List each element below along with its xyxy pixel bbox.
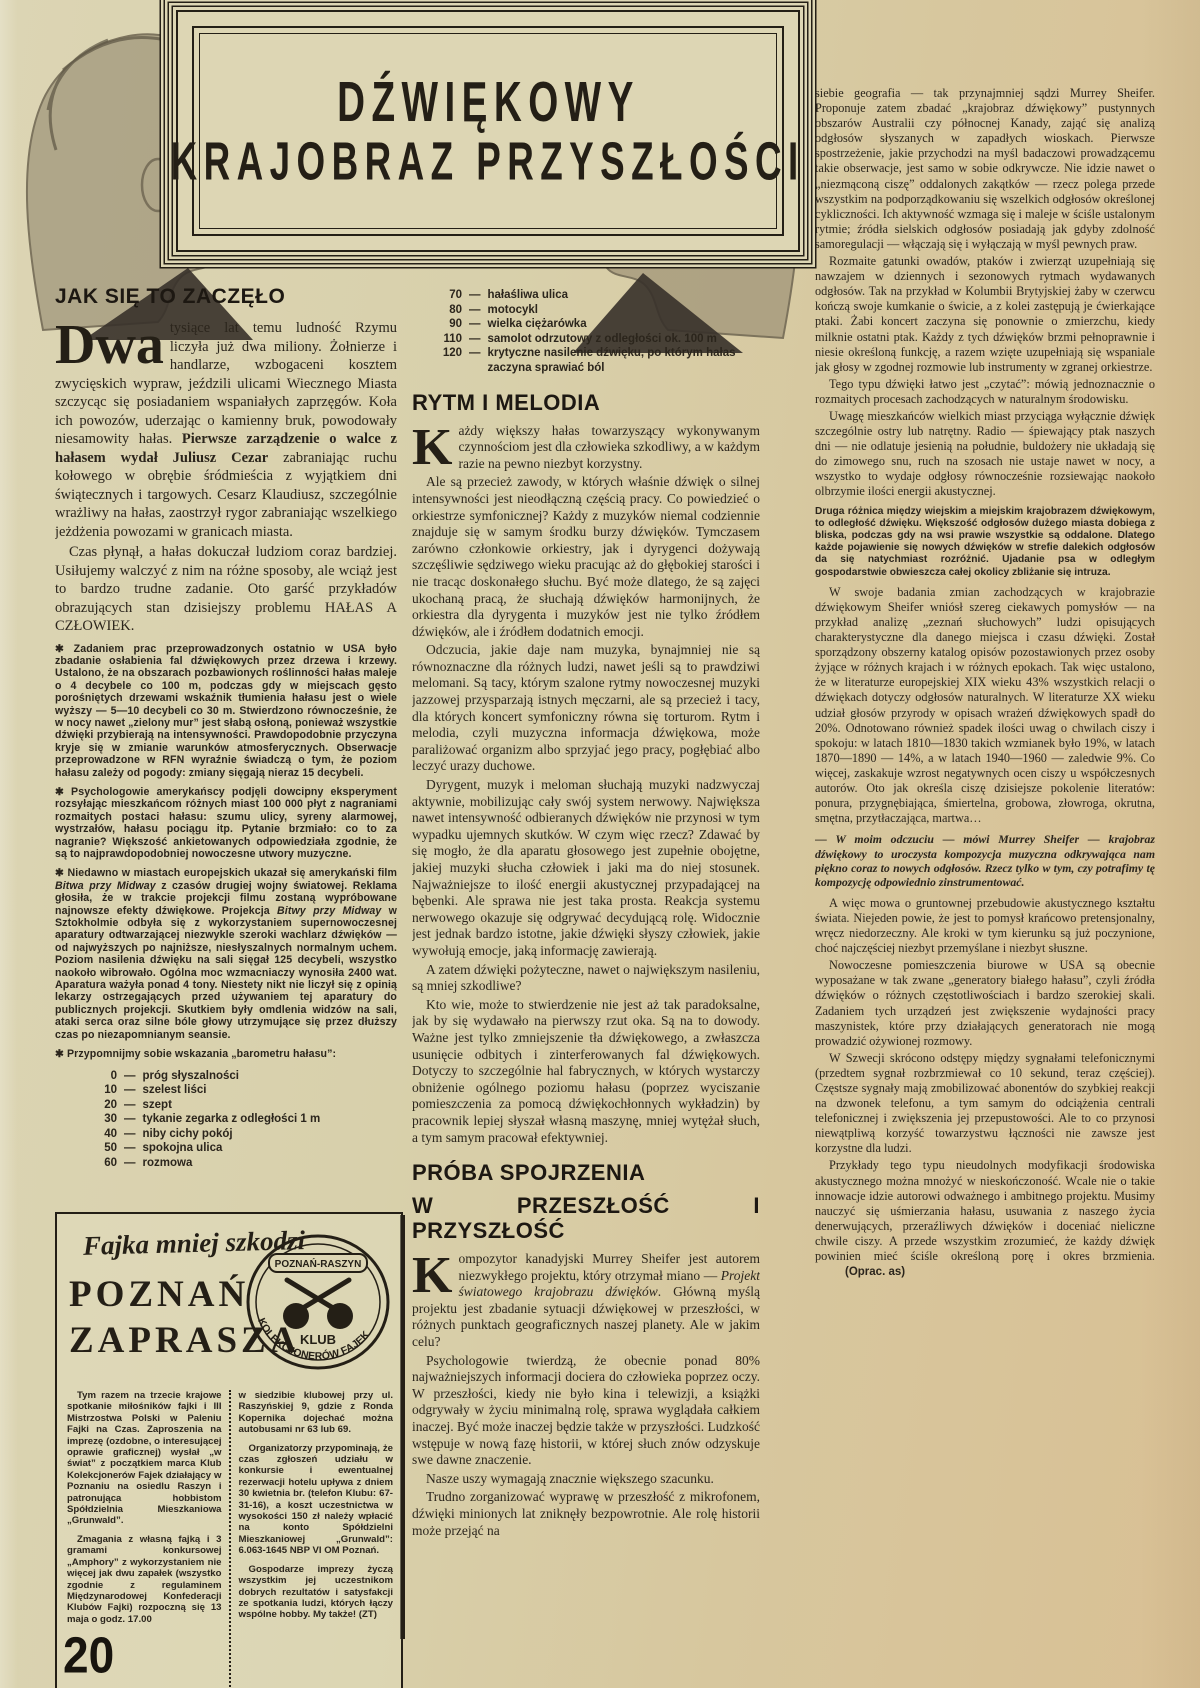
fact-item: ✱ Niedawno w miastach europejskich ukaza… <box>55 867 397 1041</box>
paragraph: Odczucia, jakie daje nam muzyka, bynajmn… <box>412 642 760 775</box>
poznan-zaprasza-box: Fajka mniej szkodzi POZNAŃ-RASZYN KLUB K… <box>55 1212 403 1688</box>
paragraph: Organizatorzy przypominają, że czas zgło… <box>239 1443 394 1557</box>
paragraph: Uwagę mieszkańców wielkich miast przycią… <box>815 409 1155 500</box>
logo-klub-text: KLUB <box>300 1332 336 1347</box>
list-item: 70—hałaśliwa ulica <box>434 288 760 303</box>
sidebar-note: Druga różnica między wiejskim a miejskim… <box>815 506 1155 579</box>
drop-cap-k2: K <box>412 1255 452 1297</box>
paragraph: siebie geografia — tak przynajmniej sądz… <box>815 86 1155 252</box>
column-middle: 70—hałaśliwa ulica 80—motocykl 90—wielka… <box>412 288 760 1632</box>
paragraph: Nowoczesne pomieszczenia biurowe w USA s… <box>815 958 1155 1049</box>
box-title-line2: ZAPRASZA <box>69 1318 300 1364</box>
pipe-bowl-icon <box>327 1303 353 1329</box>
page-title-line2: KRAJOBRAZ PRZYSZŁOŚCI <box>171 132 805 193</box>
paragraph: W swoje badania zmian zachodzących w kra… <box>815 585 1155 827</box>
section-heading-jak-sie-to-zaczelo: JAK SIĘ TO ZACZĘŁO <box>55 284 397 309</box>
drop-cap-k: K <box>412 427 452 469</box>
magazine-page: DŹWIĘKOWY KRAJOBRAZ PRZYSZŁOŚCI JAK SIĘ … <box>0 0 1200 1688</box>
paragraph: Dwatysiące lat temu ludność Rzymu liczył… <box>55 319 397 541</box>
paragraph: Kto wie, może to stwierdzenie nie jest a… <box>412 997 760 1146</box>
list-item: 30—tykanie zegarka z odległości 1 m <box>89 1112 397 1127</box>
fact-item: ✱ Psychologowie amerykańscy podjęli dowc… <box>55 786 397 860</box>
paragraph: Ale są przecież zawody, w których właśni… <box>412 474 760 640</box>
list-item: 80—motocykl <box>434 303 760 318</box>
masthead-title-box: DŹWIĘKOWY KRAJOBRAZ PRZYSZŁOŚCI <box>176 10 800 252</box>
paragraph: Zmagania z własną fajką i 3 gramami konk… <box>67 1534 222 1625</box>
column-left: JAK SIĘ TO ZACZĘŁO Dwatysiące lat temu l… <box>55 284 397 1210</box>
quote-paragraph: — W moim odczuciu — mówi Murrey Sheifer … <box>815 832 1155 890</box>
paragraph: Gospodarze imprezy życzą wszystkim jej u… <box>239 1564 394 1621</box>
list-item: 0—próg słyszalności <box>89 1069 397 1084</box>
list-item: 40—niby cichy pokój <box>89 1127 397 1142</box>
list-item: 60—rozmowa <box>89 1156 397 1171</box>
section-heading-rytm-i-melodia: RYTM I MELODIA <box>412 390 760 415</box>
page-number: 20 <box>63 1625 114 1684</box>
box-title: POZNAŃ ZAPRASZA <box>69 1272 300 1364</box>
svg-text:POZNAŃ-RASZYN: POZNAŃ-RASZYN <box>275 1257 362 1270</box>
masthead-inner-frame: DŹWIĘKOWY KRAJOBRAZ PRZYSZŁOŚCI <box>192 26 784 236</box>
paragraph: Psychologowie twierdzą, że obecnie ponad… <box>412 1353 760 1469</box>
list-item: 10—szelest liści <box>89 1083 397 1098</box>
section-heading-proba-spojrzenia-line2: W PRZESZŁOŚĆ I PRZYSZŁOŚĆ <box>412 1193 760 1243</box>
paragraph: Dyrygent, muzyk i meloman słuchają muzyk… <box>412 777 760 960</box>
paragraph: W Szwecji skrócono odstępy między sygnał… <box>815 1051 1155 1157</box>
paragraph: Każdy większy hałas towarzyszący wykonyw… <box>412 423 760 473</box>
paragraph: Trudno zorganizować wyprawę w przeszłość… <box>412 1489 760 1539</box>
box-title-line1: POZNAŃ <box>69 1272 300 1318</box>
paragraph: Przykłady tego typu nieudolnych modyfika… <box>815 1158 1155 1280</box>
noise-barometer-list: 0—próg słyszalności 10—szelest liści 20—… <box>55 1069 397 1171</box>
paragraph: A zatem dźwięki pożyteczne, nawet o najw… <box>412 962 760 995</box>
list-item: 120—krytyczne nasilenie dźwięku, po któr… <box>434 346 760 375</box>
paragraph: Czas płynął, a hałas dokuczał ludziom co… <box>55 543 397 636</box>
list-item: 20—szept <box>89 1098 397 1113</box>
paragraph: Kompozytor kanadyjski Murrey Sheifer jes… <box>412 1251 760 1351</box>
fact-item: ✱ Zadaniem prac przeprowadzonych ostatni… <box>55 643 397 779</box>
list-item: 50—spokojna ulica <box>89 1141 397 1156</box>
paragraph: A więc mowa o gruntownej przebudowie aku… <box>815 896 1155 956</box>
column-right: siebie geografia — tak przynajmniej sądz… <box>815 86 1155 1662</box>
list-item: 110—samolot odrzutowy z odległości ok. 1… <box>434 332 760 347</box>
paragraph: Tego typu dźwięki łatwo jest „czytać”: m… <box>815 377 1155 407</box>
drop-cap-dwa: Dwa <box>55 323 164 367</box>
paragraph: Nasze uszy wymagają znacznie większego s… <box>412 1471 760 1488</box>
section-heading-proba-spojrzenia: PRÓBA SPOJRZENIA <box>412 1160 760 1185</box>
box-text-columns: Tym razem na trzecie krajowe spotkanie m… <box>67 1390 393 1688</box>
paragraph: w siedzibie klubowej przy ul. Raszyńskie… <box>239 1390 394 1436</box>
fact-item: ✱ Przypomnijmy sobie wskazania „barometr… <box>55 1048 397 1060</box>
list-item: 90—wielka ciężarówka <box>434 317 760 332</box>
paragraph: Rozmaite gatunki owadów, ptaków i zwierz… <box>815 254 1155 375</box>
byline: (Oprac. as) <box>845 1266 905 1278</box>
paragraph: Tym razem na trzecie krajowe spotkanie m… <box>67 1390 222 1527</box>
page-title-line1: DŹWIĘKOWY <box>337 69 640 134</box>
noise-barometer-list-continued: 70—hałaśliwa ulica 80—motocykl 90—wielka… <box>412 288 760 376</box>
box-column-b: w siedzibie klubowej przy ul. Raszyńskie… <box>229 1390 394 1688</box>
